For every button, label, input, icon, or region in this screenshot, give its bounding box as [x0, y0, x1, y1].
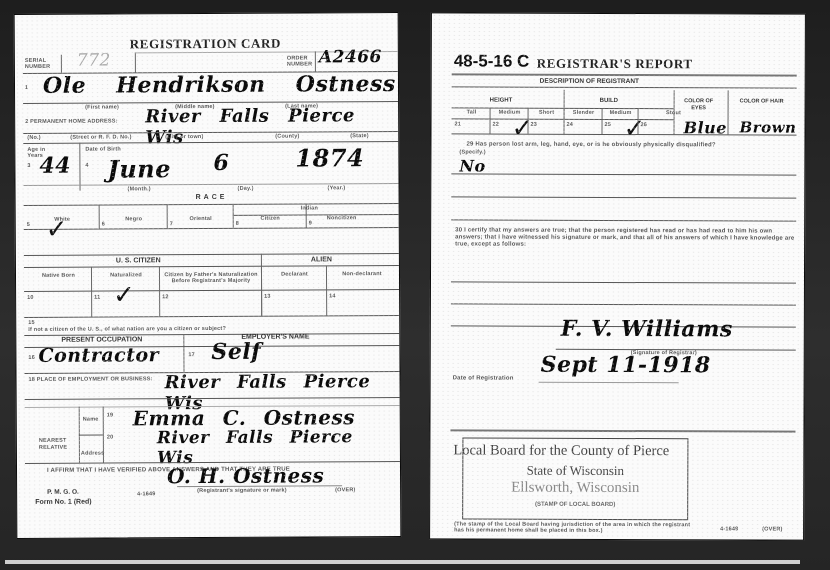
field-number: 14 — [329, 293, 336, 299]
sublabel: (No.) — [27, 135, 41, 141]
specify-label: (Specify.) — [459, 149, 485, 155]
stamp-line: State of Wisconsin — [463, 462, 687, 479]
checkmark-icon: ✓ — [511, 114, 533, 144]
race-indian-heading: Indian — [301, 205, 318, 211]
field-number: 23 — [531, 122, 538, 128]
date-of-registration-label: Date of Registration — [453, 375, 514, 381]
sublabel: (City or town) — [165, 134, 203, 140]
employment-place-label: 18 PLACE OF EMPLOYMENT OR BUSINESS: — [29, 376, 153, 383]
field-number: 22 — [493, 122, 500, 128]
serial-label: SERIAL NUMBER — [25, 58, 49, 70]
stamp-line: (STAMP OF LOCAL BOARD) — [463, 501, 687, 508]
column-label: Negro — [103, 216, 165, 222]
column-label: Oriental — [171, 216, 231, 222]
sublabel: (County) — [275, 134, 299, 140]
checkmark-icon: ✓ — [623, 114, 645, 144]
column-label: Stout — [642, 110, 706, 116]
dob-label: Date of Birth — [85, 146, 121, 152]
field-number: 13 — [264, 294, 271, 300]
checkmark-icon: ✓ — [113, 280, 135, 310]
card-title: REGISTRAR'S REPORT — [537, 56, 693, 73]
field-number: 7 — [170, 221, 173, 227]
occupation-value: Contractor — [38, 344, 159, 367]
stamp-line: Local Board for the County of Pierce — [453, 442, 687, 460]
local-board-stamp: Local Board for the County of Pierce Sta… — [462, 437, 688, 520]
stamp-line: Ellsworth, Wisconsin — [463, 479, 687, 497]
field-number: 1 — [25, 85, 28, 91]
dob-day: 6 — [213, 150, 229, 176]
field-number: 4 — [85, 163, 88, 169]
column-label: Non-declarant — [330, 271, 394, 277]
order-label: ORDER NUMBER — [287, 55, 313, 67]
field-number: 26 — [641, 122, 648, 128]
field-number: 6 — [102, 222, 105, 228]
occupation-heading: PRESENT OCCUPATION — [61, 336, 142, 343]
column-label: Tall — [456, 109, 488, 115]
form-code: 4-1649 — [137, 491, 155, 497]
field-number: 25 — [605, 122, 612, 128]
employer-value: Self — [211, 339, 261, 365]
sublabel: (State) — [350, 133, 369, 139]
registration-card: REGISTRATION CARD SERIAL NUMBER 772 ORDE… — [14, 12, 402, 539]
relative-label: NEAREST RELATIVE — [39, 438, 79, 452]
field-number: 24 — [567, 122, 574, 128]
registration-date: Sept 11-1918 — [541, 352, 711, 379]
field-number: 10 — [27, 295, 34, 301]
field-number: 11 — [94, 295, 100, 301]
sublabel: (Day.) — [238, 186, 254, 192]
serial-value: 772 — [77, 51, 111, 71]
relative-address-label: Address — [81, 451, 104, 457]
field-number: 3 — [27, 163, 30, 169]
hair-heading: COLOR OF HAIR — [737, 98, 787, 105]
registrar-signature: F. V. Williams — [561, 316, 733, 343]
age-value: 44 — [39, 153, 71, 179]
nationality-question: If not a citizen of the U. S., of what n… — [28, 326, 226, 333]
race-heading: RACE — [196, 194, 228, 201]
disqualification-question: 29 Has person lost arm, leg, hand, eye, … — [466, 141, 715, 148]
field-number: 5 — [27, 222, 30, 228]
sublabel: (Street or R. F. D. No.) — [70, 134, 131, 140]
field-number: 8 — [236, 221, 239, 227]
column-label: Native Born — [28, 273, 89, 279]
column-label: Slender — [568, 110, 600, 116]
column-label: Citizen by Father's Naturalization Befor… — [163, 272, 259, 285]
relative-name-label: Name — [83, 417, 99, 423]
form-code: 4-1649 — [720, 526, 738, 532]
field-number: 12 — [162, 294, 169, 300]
field-number: 19 — [107, 412, 114, 418]
sublabel: (Month.) — [128, 186, 151, 192]
scan-edge-strip — [5, 560, 800, 564]
build-heading: BUILD — [600, 98, 618, 104]
sublabel: (First name) — [85, 104, 119, 110]
column-label: Declarant — [265, 271, 324, 277]
field-number: 21 — [455, 121, 462, 127]
field-number: 20 — [107, 434, 114, 440]
dob-year: 1874 — [295, 143, 364, 172]
form-agency: P. M. G. O. — [47, 489, 79, 496]
column-label: Short — [532, 110, 562, 116]
column-label: Naturalized — [95, 272, 157, 278]
field-number: 16 — [28, 355, 35, 361]
citizen-heading: U. S. CITIZEN — [116, 257, 161, 264]
height-heading: HEIGHT — [490, 98, 513, 104]
certification-text: 30 I certify that my answers are true; t… — [455, 227, 800, 249]
dob-month: June — [107, 154, 171, 183]
field-number: 15 — [28, 320, 35, 326]
alien-heading: ALIEN — [311, 256, 332, 263]
signature-label: (Registrant's signature or mark) — [197, 488, 287, 494]
sublabel: (Year.) — [328, 185, 346, 191]
registrant-signature: O. H. Ostness — [167, 463, 324, 488]
field-number: 17 — [188, 352, 195, 358]
column-label: Citizen — [237, 215, 304, 221]
order-value: A2466 — [319, 47, 382, 67]
card-title: REGISTRATION CARD — [130, 36, 281, 53]
over-label: (OVER) — [762, 527, 782, 533]
checkmark-icon: ✓ — [46, 215, 68, 245]
over-label: (OVER) — [335, 487, 355, 493]
description-heading: DESCRIPTION OF REGISTRANT — [540, 78, 639, 85]
field-number: 9 — [309, 220, 312, 226]
registrars-report-card: 48-5-16 C REGISTRAR'S REPORT DESCRIPTION… — [429, 12, 806, 540]
registrant-name: Ole Hendrikson Ostness — [43, 71, 396, 99]
address-label: 2 PERMANENT HOME ADDRESS: — [25, 118, 118, 124]
card-number: 48-5-16 C — [454, 51, 530, 71]
column-label: Noncitizen — [310, 215, 374, 221]
stamp-note: (The stamp of the Local Board having jur… — [454, 521, 694, 534]
form-number: Form No. 1 (Red) — [35, 499, 91, 506]
